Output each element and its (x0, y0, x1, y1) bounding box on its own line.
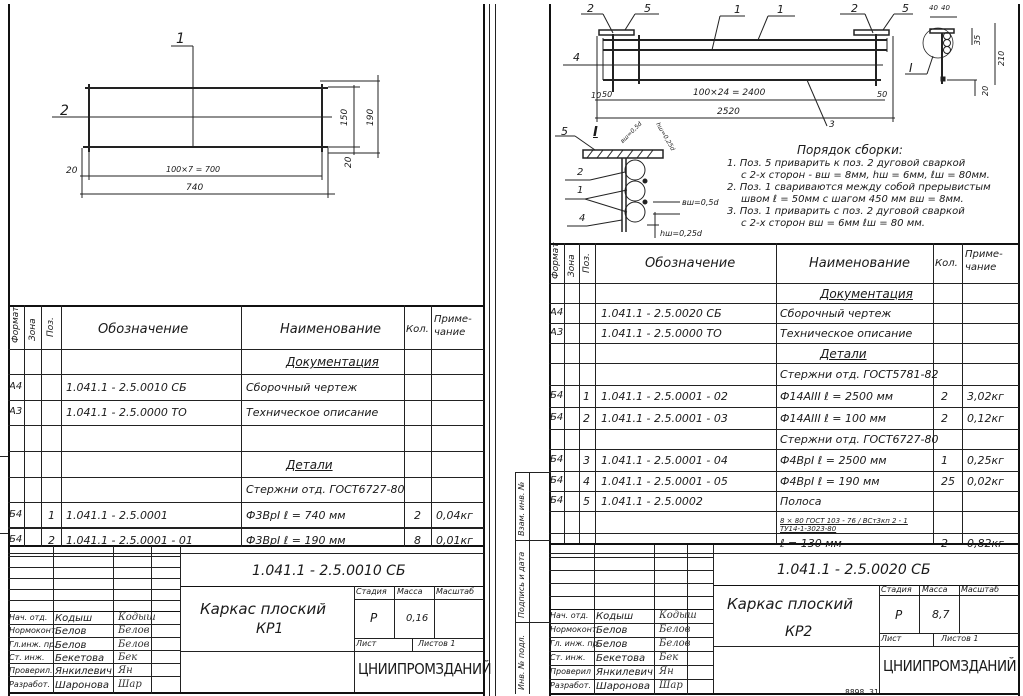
callout-2b: 2 (851, 3, 858, 14)
cell-format: Б4 (550, 496, 563, 506)
dim-height-outer: 190 (366, 109, 376, 126)
table-row: Стержни отд. ГОСТ5781-82 (549, 363, 1019, 385)
callout-5: 5 (644, 3, 651, 14)
col-header-zone: Зона (28, 318, 38, 341)
sheet-label: Лист (356, 640, 376, 648)
signature-role: Нач. отд. (9, 614, 47, 622)
assembly-notes: Порядок сборки: 1. Поз. 5 приварить к по… (727, 144, 1017, 230)
signature-name: Кодыш (596, 612, 633, 622)
table-row: Б411.041.1 - 2.5.0001 - 02Ф14АIII ℓ = 25… (549, 385, 1019, 407)
cell-name: Стержни отд. ГОСТ6727-80 (780, 434, 938, 445)
signature-role: Ст. инж. (9, 654, 45, 662)
table-row: Б441.041.1 - 2.5.0001 - 05Ф4ВрI ℓ = 190 … (549, 471, 1019, 491)
frame-drawing-kr1 (0, 0, 490, 300)
cell-name: 8 × 80 ГОСТ 103 - 76 / ВСт3кп 2 - 1 ТУ14… (780, 517, 930, 533)
assembly-note-line: швом ℓ = 50мм с шагом 450 мм вш = 8мм. (741, 194, 1023, 206)
col-header-note: Приме- чание (434, 313, 472, 339)
mass-value: 0,16 (406, 614, 428, 624)
table-row: А31.041.1 - 2.5.0000 ТОТехническое описа… (549, 323, 1019, 343)
cell-format: Б4 (550, 455, 563, 465)
cell-name: Ф3ВрI ℓ = 740 мм (246, 510, 346, 521)
cell-name: Техническое описание (246, 407, 378, 418)
signature-name: Шаронова (55, 681, 109, 691)
cell-designation: 1.041.1 - 2.5.0000 ТО (66, 407, 187, 418)
dim-total-length: 740 (186, 184, 203, 193)
col-header-designation: Обозначение (98, 323, 188, 336)
cell-name: Детали (286, 459, 333, 471)
detail-label: I (593, 126, 598, 139)
detail-callout-1: 1 (577, 186, 583, 196)
doc-subtitle: КР1 (256, 622, 283, 636)
signature-scribble: Белов (118, 639, 149, 650)
signature-scribble: Белов (659, 624, 690, 635)
table-row: А31.041.1 - 2.5.0000 ТОТехническое описа… (8, 400, 484, 425)
col-header-qty: Кол. (935, 259, 958, 269)
callout-5b: 5 (902, 3, 909, 14)
cell-name: Ф4ВрI ℓ = 2500 мм (780, 455, 887, 466)
signature-role: Ст. инж. (550, 654, 586, 662)
col-header-pos: Поз. (46, 317, 56, 337)
signature-scribble: Кодыш (118, 612, 156, 623)
dim-left-offset: 10 (591, 92, 601, 100)
frame-drawing-kr2 (495, 0, 1023, 130)
signature-name: Янкилевич (55, 667, 112, 677)
cell-name: Ф14АIII ℓ = 2500 мм (780, 391, 893, 402)
signature-role: Нормоконт. (550, 626, 599, 634)
callout-4: 4 (573, 52, 580, 63)
cell-format: Б4 (9, 510, 22, 520)
side-label-replace-inv: Взам. инв. № (517, 482, 526, 536)
title-block-kr1: Нач. отд.КодышКодышНормоконт.БеловБеловГ… (8, 546, 484, 694)
detail-callout-4: 4 (579, 214, 585, 224)
sheets-label: Листов 1 (941, 635, 979, 643)
scale-label: Масштаб (436, 588, 474, 596)
cell-pos: 1 (583, 391, 590, 402)
assembly-note-line: 2. Поз. 1 свариваются между собой прерыв… (727, 182, 1017, 194)
signature-role: Гл.инж. пр. (9, 641, 57, 649)
cell-pos: 4 (583, 476, 590, 487)
table-row: Детали (549, 343, 1019, 363)
signature-role: Проверил. (9, 667, 53, 675)
table-row: 8 × 80 ГОСТ 103 - 76 / ВСт3кп 2 - 1 ТУ14… (549, 511, 1019, 533)
cell-pos: 2 (583, 413, 590, 424)
footer-text: 8898 31 (845, 689, 879, 696)
cell-name: Сборочный чертеж (780, 308, 891, 319)
signature-name: Бекетова (596, 654, 645, 664)
signature-role: Нормоконт. (9, 627, 58, 635)
cell-format: А4 (9, 382, 22, 392)
signature-role: Нач. отд. (550, 612, 588, 620)
cell-qty: 1 (941, 455, 948, 466)
cell-qty: 2 (941, 391, 948, 402)
assembly-note-line: 3. Поз. 1 приварить с поз. 2 дуговой сва… (727, 206, 1017, 218)
assembly-note-line: 1. Поз. 5 приварить к поз. 2 дуговой сва… (727, 158, 1017, 170)
cell-name: Техническое описание (780, 328, 912, 339)
signature-role: Разработ. (550, 682, 591, 690)
cell-format: Б4 (9, 535, 22, 545)
table-row: Детали (8, 451, 484, 477)
dim-pitch: 100×7 = 700 (166, 166, 220, 174)
cell-designation: 1.041.1 - 2.5.0001 - 05 (601, 476, 728, 487)
signature-scribble: Белов (118, 625, 149, 636)
cell-format: А3 (550, 328, 563, 338)
cell-format: Б4 (550, 413, 563, 423)
col-header-qty: Кол. (406, 325, 429, 335)
callout-3: 3 (829, 121, 835, 130)
mass-label: Масса (397, 588, 423, 596)
doc-title: Каркас плоский (727, 597, 853, 612)
table-row: Б451.041.1 - 2.5.0002Полоса (549, 491, 1019, 511)
table-row: Документация (549, 283, 1019, 303)
cell-format: А3 (9, 407, 22, 417)
cell-name: Ф3ВрI ℓ = 190 мм (246, 535, 346, 546)
signature-scribble: Шар (118, 679, 142, 690)
dim-end-right: 50 (877, 91, 887, 99)
dim-total-length: 2520 (717, 108, 740, 117)
dim-pitch: 100×24 = 2400 (693, 89, 765, 98)
weld-label-hw: hш=0,25d (660, 230, 702, 238)
callout-1b: 1 (777, 4, 784, 15)
col-header-zone: Зона (567, 254, 577, 277)
dim-side-h3: 20 (981, 86, 990, 96)
cell-qty: 2 (414, 510, 421, 521)
assembly-note-line: с 2-х сторон вш = 6мм ℓш = 80 мм. (741, 218, 1023, 230)
signature-name: Янкилевич (596, 668, 653, 678)
cell-name: Ф4ВрI ℓ = 190 мм (780, 476, 880, 487)
spec-table-kr2: Формат Зона Поз. Обозначение Наименовани… (549, 243, 1019, 545)
cell-name: Сборочный чертеж (246, 382, 357, 393)
stage-label: Стадия (881, 586, 912, 594)
cell-note: 0,04кг (436, 510, 473, 521)
cell-designation: 1.041.1 - 2.5.0001 - 03 (601, 413, 728, 424)
table-row: Б411.041.1 - 2.5.0001Ф3ВрI ℓ = 740 мм20,… (8, 502, 484, 528)
cell-format: Б4 (550, 391, 563, 401)
cell-designation: 1.041.1 - 2.5.0001 - 02 (601, 391, 728, 402)
cell-pos: 1 (48, 510, 55, 521)
mass-label: Масса (922, 586, 948, 594)
dim-side-h2: 210 (997, 51, 1006, 66)
scale-label: Масштаб (961, 586, 999, 594)
sheet-label: Лист (881, 635, 901, 643)
organization-stamp: ЦНИИПРОМЗДАНИЙ (358, 662, 491, 677)
signature-scribble: Ян (659, 666, 674, 677)
table-row: А41.041.1 - 2.5.0010 СБСборочный чертеж (8, 374, 484, 400)
dim-side-w1: 40 (929, 5, 938, 12)
col-header-pos: Поз. (582, 253, 592, 273)
signature-name: Кодыш (55, 614, 92, 624)
table-row: Б431.041.1 - 2.5.0001 - 04Ф4ВрI ℓ = 2500… (549, 449, 1019, 471)
callout-1: 1 (734, 4, 741, 15)
table-row: Б421.041.1 - 2.5.0001 - 03Ф14АIII ℓ = 10… (549, 407, 1019, 429)
side-label-signature-date: Подпись и дата (517, 552, 526, 618)
cell-qty: 2 (941, 413, 948, 424)
dim-height-inner: 150 (340, 109, 350, 126)
col-header-name: Наименование (809, 257, 910, 270)
stage-value: Р (895, 609, 902, 621)
cell-format: Б4 (550, 476, 563, 486)
cell-designation: 1.041.1 - 2.5.0000 ТО (601, 328, 722, 339)
cell-designation: 1.041.1 - 2.5.0001 (66, 510, 168, 521)
cell-pos: 5 (583, 496, 590, 507)
signature-role: Разработ. (9, 681, 50, 689)
cell-pos: 2 (48, 535, 55, 546)
signature-name: Белов (55, 641, 86, 651)
stage-label: Стадия (356, 588, 387, 596)
side-label-inv-original: Инв. № подл. (517, 635, 526, 690)
cell-format: А4 (550, 308, 563, 318)
signature-name: Бекетова (55, 654, 104, 664)
cell-note: 3,02кг (967, 391, 1004, 402)
weld-label-bw: вш=0,5d (682, 199, 719, 207)
table-row: Документация (8, 349, 484, 374)
cell-name: Стержни отд. ГОСТ6727-80 (246, 484, 404, 495)
dim-side-h1: 35 (973, 35, 982, 45)
signature-scribble: Ян (118, 665, 133, 676)
cell-name: Детали (820, 348, 867, 360)
callout-2: 2 (60, 104, 69, 118)
cell-qty: 8 (414, 535, 421, 546)
callout-detail-I: I (909, 62, 913, 74)
col-header-format: Формат (11, 306, 21, 343)
cell-note: 0,01кг (436, 535, 473, 546)
stage-value: Р (370, 612, 377, 624)
cell-name: Ф14АIII ℓ = 100 мм (780, 413, 886, 424)
signature-name: Белов (596, 626, 627, 636)
mass-value: 8,7 (932, 609, 950, 620)
signature-name: Белов (596, 640, 627, 650)
doc-subtitle: КР2 (785, 625, 812, 639)
signature-name: Шаронова (596, 682, 650, 692)
title-block-kr2: Нач. отд.КодышКодышНормоконт.БеловБеловГ… (549, 545, 1019, 695)
side-strip: Взам. инв. № Подпись и дата Инв. № подл. (515, 472, 551, 694)
signature-role: Проверил (550, 668, 591, 676)
col-header-name: Наименование (280, 323, 381, 336)
table-row: А41.041.1 - 2.5.0020 СБСборочный чертеж (549, 303, 1019, 323)
signature-name: Белов (55, 627, 86, 637)
cell-designation: 1.041.1 - 2.5.0020 СБ (601, 308, 722, 319)
dim-end-offset: 20 (66, 167, 77, 176)
col-header-note: Приме- чание (965, 248, 1003, 274)
detail-callout-5: 5 (561, 126, 568, 137)
signature-scribble: Кодыш (659, 610, 697, 621)
col-header-format: Формат (551, 242, 561, 279)
cell-pos: 3 (583, 455, 590, 466)
cell-designation: 1.041.1 - 2.5.0001 - 04 (601, 455, 728, 466)
signature-role: Гл. инж. пр. (550, 640, 600, 648)
cell-designation: 1.041.1 - 2.5.0001 - 01 (66, 535, 193, 546)
signature-scribble: Бек (118, 652, 137, 663)
cell-qty: 25 (941, 476, 955, 487)
organization-stamp: ЦНИИПРОМЗДАНИЙ (883, 659, 1016, 674)
cell-note: 0,12кг (967, 413, 1004, 424)
weld-detail-drawing (535, 120, 735, 245)
dim-side-w2: 40 (941, 5, 950, 12)
assembly-note-line: с 2-х сторон - вш = 8мм, hш = 6мм, ℓш = … (741, 170, 1023, 182)
table-row: Стержни отд. ГОСТ6727-80 (549, 429, 1019, 449)
cell-name: Стержни отд. ГОСТ5781-82 (780, 369, 938, 380)
signature-scribble: Белов (659, 638, 690, 649)
cell-name: Документация (820, 288, 913, 300)
drawing-sheet-kr2: 2 5 1 1 2 5 4 3 I 10 50 100×24 = 2400 50… (495, 0, 1023, 696)
cell-name: Полоса (780, 496, 822, 507)
signature-scribble: Шар (659, 680, 683, 691)
detail-callout-2: 2 (577, 168, 583, 178)
drawing-sheet-kr1: 1 2 100×7 = 700 740 20 150 190 20 Формат… (0, 0, 490, 696)
doc-code: 1.041.1 - 2.5.0010 СБ (252, 564, 406, 578)
dim-end-left: 50 (602, 91, 612, 99)
table-row: Стержни отд. ГОСТ6727-80 (8, 477, 484, 502)
col-header-designation: Обозначение (645, 257, 735, 270)
spec-table-kr1: Формат Зона Поз. Обозначение Наименовани… (8, 305, 484, 547)
assembly-notes-title: Порядок сборки: (797, 144, 1023, 156)
doc-title: Каркас плоский (200, 602, 326, 617)
sheets-label: Листов 1 (418, 640, 456, 648)
signature-scribble: Бек (659, 652, 678, 663)
cell-designation: 1.041.1 - 2.5.0002 (601, 496, 703, 507)
table-row (8, 425, 484, 451)
cell-designation: 1.041.1 - 2.5.0010 СБ (66, 382, 187, 393)
callout-1: 1 (176, 32, 185, 46)
cell-note: 0,02кг (967, 476, 1004, 487)
doc-code: 1.041.1 - 2.5.0020 СБ (777, 563, 931, 577)
dim-bottom-offset: 20 (344, 157, 354, 168)
callout-2: 2 (587, 3, 594, 14)
cell-name: Документация (286, 356, 379, 368)
cell-note: 0,25кг (967, 455, 1004, 466)
